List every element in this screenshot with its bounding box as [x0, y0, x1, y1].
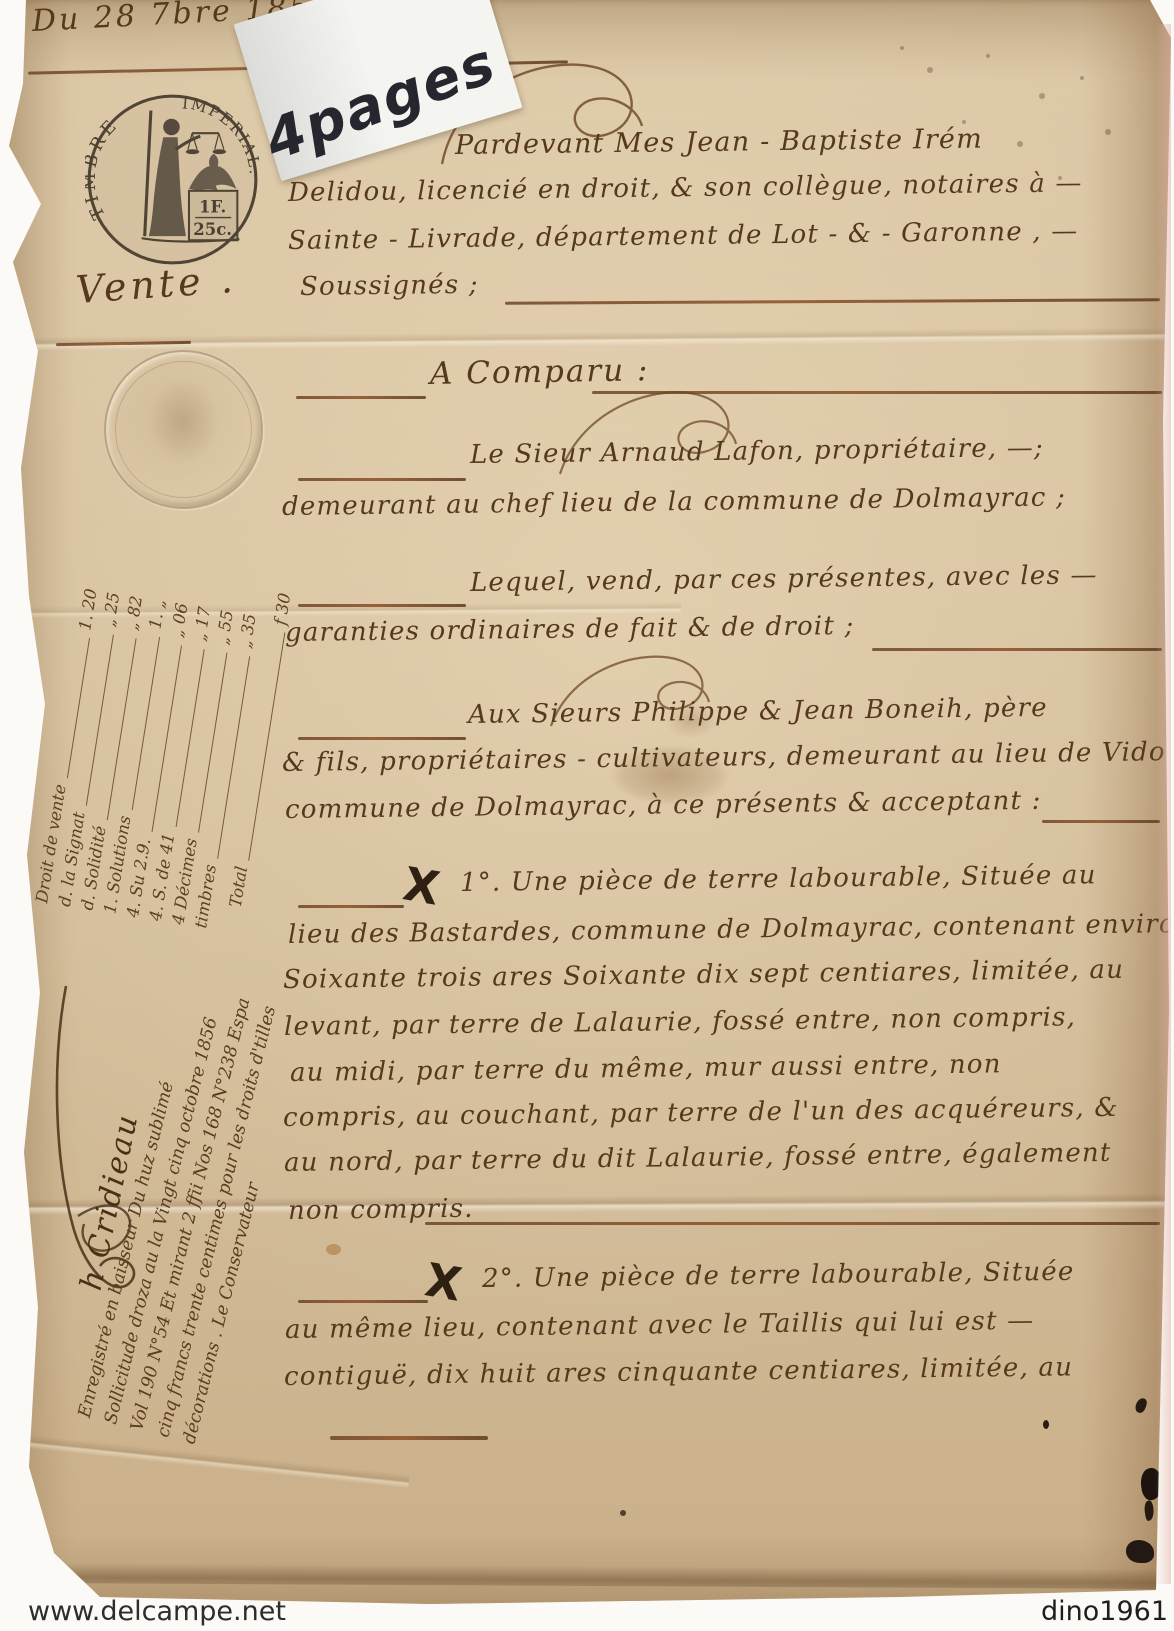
- paper-edge-tint: [1156, 24, 1171, 1584]
- ink-blot: [1134, 1397, 1148, 1414]
- deed-line: au midi, par terre du même, mur aussi en…: [290, 1049, 1002, 1088]
- ruled-line: [56, 341, 191, 346]
- deed-line: Le Sieur Arnaud Lafon, propriétaire, —;: [470, 433, 1044, 470]
- ruled-line: [298, 478, 466, 481]
- deed-line: Sainte - Livrade, département de Lot - &…: [288, 216, 1079, 256]
- pen-flourish: [545, 648, 750, 733]
- deed-line: au même lieu, contenant avec le Taillis …: [285, 1306, 1035, 1345]
- document-paper: TIMBRE IMPERIAL. 1F.: [0, 0, 1174, 1631]
- ink-blot: [1126, 1540, 1154, 1563]
- ink-stain: [655, 698, 727, 744]
- comparu-heading: A Comparu :: [430, 352, 650, 392]
- ruled-line: [296, 396, 426, 399]
- cross-mark: X: [399, 856, 443, 915]
- deed-line: demeurant au chef lieu de la commune de …: [282, 482, 1066, 522]
- scanned-photo: TIMBRE IMPERIAL. 1F.: [0, 0, 1174, 1631]
- deed-line: garanties ordinaires de fait & de droit …: [285, 611, 855, 648]
- ruled-line: [298, 604, 466, 607]
- ink-blot: [1043, 1420, 1049, 1429]
- ruled-line: [298, 1300, 428, 1303]
- stamp-value-franc: 1F.: [199, 197, 226, 216]
- ruled-line: [872, 648, 1162, 651]
- deed-line: Pardevant Mes Jean - Baptiste Irém: [455, 124, 983, 161]
- deed-line: Aux Sieurs Philippe & Jean Boneih, père: [468, 693, 1048, 730]
- cross-mark: X: [421, 1252, 465, 1311]
- paper-bottom-shadow: [40, 1563, 1160, 1589]
- stamp-denomination: 1F. 25c.: [189, 191, 237, 240]
- ruled-line: [505, 298, 1160, 304]
- deed-line: Soixante trois ares Soixante dix sept ce…: [283, 955, 1124, 995]
- deed-line: 2°. Une pièce de terre labourable, Situé…: [482, 1257, 1075, 1294]
- ruled-line: [330, 1436, 488, 1440]
- ruled-line: [425, 1222, 1160, 1225]
- deed-line: au nord, par terre du dit Lalaurie, foss…: [284, 1138, 1112, 1178]
- watermark-dino1961: dino1961: [1041, 1596, 1168, 1627]
- deed-line: lieu des Bastardes, commune de Dolmayrac…: [288, 909, 1174, 950]
- deed-line: contiguë, dix huit ares cinquante centia…: [284, 1352, 1073, 1392]
- watermark-delcampe: www.delcampe.net: [28, 1596, 286, 1627]
- ink-stain: [590, 735, 750, 815]
- pen-flourish: [552, 382, 782, 482]
- deed-line: Lequel, vend, par ces présentes, avec le…: [470, 560, 1098, 598]
- ruled-line: [1042, 820, 1160, 823]
- deed-line: 1°. Une pièce de terre labourable, Situé…: [460, 860, 1097, 898]
- foxing-spot: [326, 1244, 341, 1255]
- embossed-seal-eagle: [140, 378, 226, 482]
- photo-bottom-strip: www.delcampe.net dino1961: [0, 1589, 1174, 1631]
- deed-line: Soussignés ;: [300, 270, 479, 302]
- ink-blot: [620, 1510, 626, 1516]
- fee-amount: „ 35: [234, 612, 262, 650]
- deed-line: commune de Dolmayrac, à ce présents & ac…: [285, 786, 1042, 825]
- deed-line: levant, par terre de Lalaurie, fossé ent…: [284, 1002, 1076, 1042]
- foxing-speckles: [900, 46, 904, 50]
- deed-line: & fils, propriétaires - cultivateurs, de…: [282, 737, 1174, 778]
- fold-crease: [0, 327, 1174, 351]
- deed-line: Delidou, licencié en droit, & son collèg…: [288, 168, 1083, 208]
- stamp-value-cent: 25c.: [193, 220, 232, 239]
- fee-total-amount: f 30: [269, 591, 297, 627]
- ruled-line: [592, 391, 1162, 394]
- ruled-line: [298, 737, 466, 740]
- timbre-imperial-stamp: TIMBRE IMPERIAL. 1F.: [85, 92, 260, 267]
- deed-line: compris, au couchant, par terre de l'un …: [283, 1093, 1119, 1133]
- deed-line: non compris.: [288, 1194, 474, 1226]
